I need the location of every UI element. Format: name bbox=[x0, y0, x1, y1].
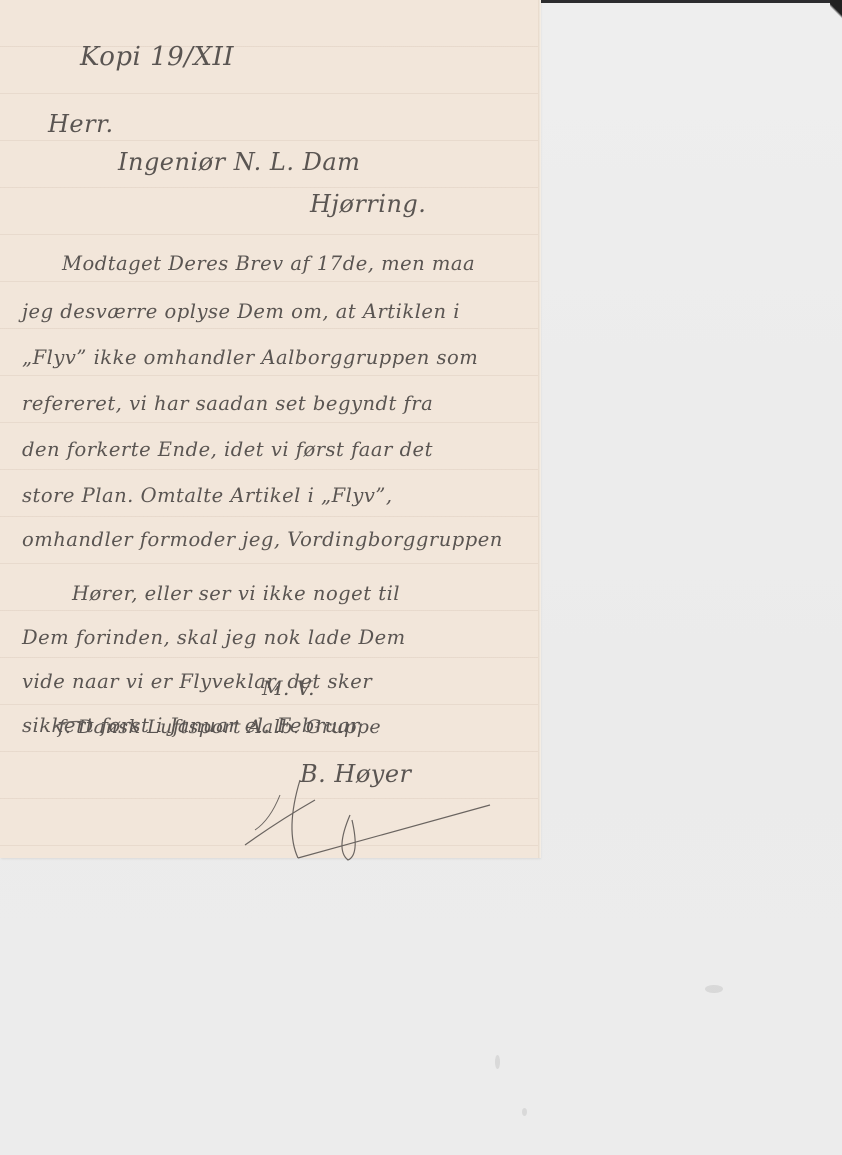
dust-speck bbox=[495, 1055, 500, 1069]
text-line: jeg desværre oplyse Dem om, at Artiklen … bbox=[22, 300, 460, 323]
text-line: store Plan. Omtalte Artikel i „Flyv”, bbox=[22, 484, 393, 507]
recipient-name: Ingeniør N. L. Dam bbox=[118, 148, 360, 176]
text-line: Modtaget Deres Brev af 17de, men maa bbox=[62, 252, 475, 275]
text-line: den forkerte Ende, idet vi først faar de… bbox=[22, 438, 433, 461]
text-line: vide naar vi er Flyveklar, det sker bbox=[22, 670, 372, 693]
recipient-city: Hjørring. bbox=[310, 190, 426, 218]
text-line: Hører, eller ser vi ikke noget til bbox=[72, 582, 400, 605]
dust-speck bbox=[522, 1108, 527, 1116]
text-line: omhandler formoder jeg, Vordingborggrupp… bbox=[22, 528, 503, 551]
paper-right-edge bbox=[538, 0, 541, 858]
signature-dash-icon bbox=[55, 718, 85, 728]
signature-flourish-icon bbox=[240, 760, 530, 870]
scanner-corner-shadow bbox=[830, 0, 842, 22]
text-line: „Flyv” ikke omhandler Aalborggruppen som bbox=[22, 346, 478, 369]
dust-speck bbox=[705, 985, 723, 993]
letter-paper: Kopi 19/XII Herr. Ingeniør N. L. Dam Hjø… bbox=[0, 0, 540, 858]
text-line: refereret, vi har saadan set begyndt fra bbox=[22, 392, 433, 415]
signature-organization: f. Dansk Luftsport Aalb. Gruppe bbox=[58, 716, 381, 738]
letter-salutation: Herr. bbox=[48, 110, 114, 138]
signature-closing: M. V. bbox=[262, 676, 315, 700]
text-line: Dem forinden, skal jeg nok lade Dem bbox=[22, 626, 406, 649]
letter-date: Kopi 19/XII bbox=[80, 42, 234, 72]
scanner-top-edge bbox=[540, 0, 842, 3]
